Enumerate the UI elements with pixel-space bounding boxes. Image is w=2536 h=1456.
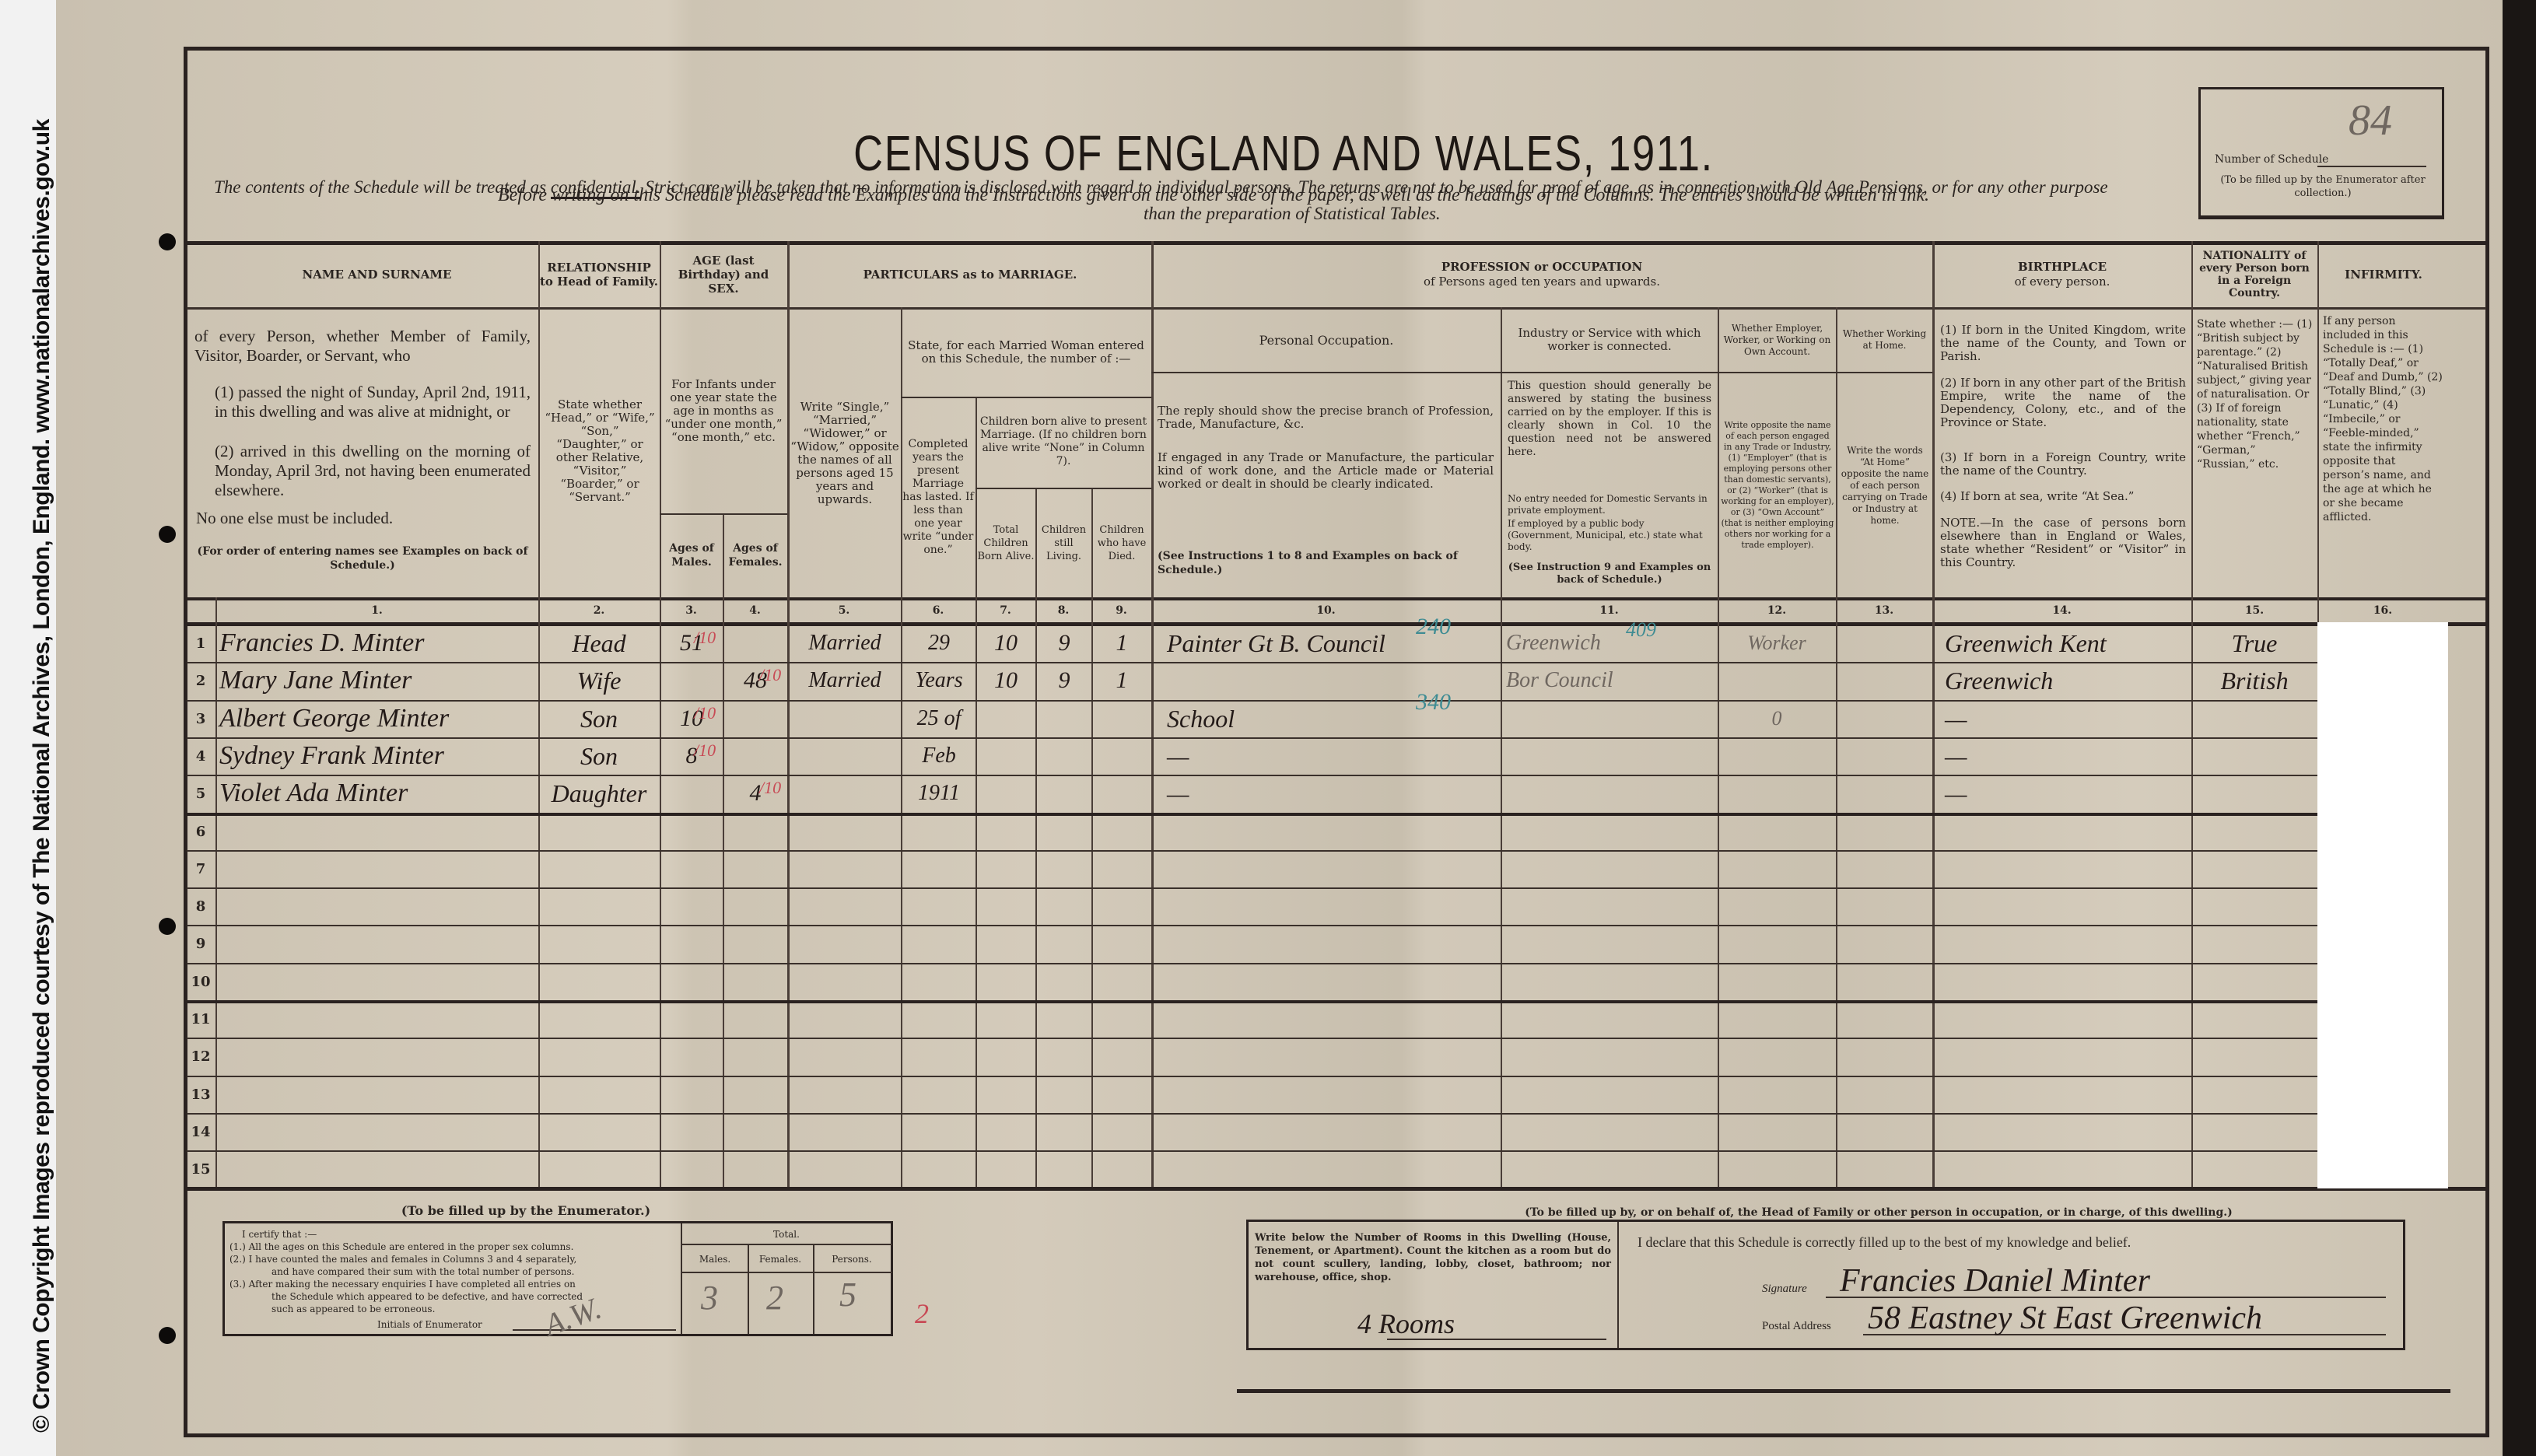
rooms-underline — [1387, 1339, 1606, 1340]
cell-age-f — [724, 963, 786, 1000]
col-marriage-total: Total Children Born Alive. — [977, 490, 1035, 596]
cell-birth — [1945, 1150, 2191, 1188]
form-title: CENSUS OF ENGLAND AND WALES, 1911. — [678, 124, 1890, 182]
cell-name: Mary Jane Minter — [219, 662, 537, 699]
cell-rel — [540, 925, 658, 962]
col-line — [215, 597, 217, 1188]
col-birthplace-desc3: (3) If born in a Foreign Country, write … — [1940, 451, 2186, 478]
cell-occ — [1167, 1076, 1494, 1113]
col-age-females: Ages of Females. — [724, 515, 786, 596]
cell-nat: British — [2193, 662, 2316, 699]
cell-total — [977, 850, 1035, 887]
col-occupation-head: PROFESSION or OCCUPATION — [1153, 260, 1931, 274]
cell-occ — [1167, 887, 1494, 925]
cell-died: 1 — [1093, 662, 1151, 699]
row-number: 4 — [187, 748, 215, 765]
cell-home — [1837, 813, 1931, 850]
cell-total — [977, 963, 1035, 1000]
col-occupation-subhead: of Persons aged ten years and upwards. — [1153, 275, 1931, 289]
cell-years: Years — [902, 662, 976, 699]
cell-rel: Wife — [540, 662, 658, 699]
cell-total — [977, 1000, 1035, 1038]
cell-industry — [1506, 963, 1716, 1000]
cell-home — [1837, 625, 1931, 662]
red-check-mark: 2 — [915, 1297, 929, 1330]
col-personal-desc2: If engaged in any Trade or Manufacture, … — [1158, 451, 1494, 491]
row-number: 3 — [187, 711, 215, 727]
cell-died — [1093, 1076, 1151, 1113]
cell-industry — [1506, 887, 1716, 925]
col-personal-desc3: (See Instructions 1 to 8 and Examples on… — [1158, 549, 1494, 577]
cell-nat — [2193, 700, 2316, 737]
row-number: 5 — [187, 786, 215, 802]
col-industry-desc4: (See Instruction 9 and Examples on back … — [1508, 562, 1711, 586]
cell-total — [977, 925, 1035, 962]
cell-nat — [2193, 925, 2316, 962]
cell-birth: Greenwich Kent — [1945, 625, 2191, 662]
cell-living — [1037, 700, 1091, 737]
cell-died — [1093, 1000, 1151, 1038]
cell-industry — [1506, 1150, 1716, 1188]
cell-name — [219, 850, 537, 887]
cell-cond — [789, 1150, 901, 1188]
persons-label: Persons. — [813, 1253, 891, 1266]
colnum-9: 9. — [1091, 599, 1151, 622]
cell-birth: — — [1945, 700, 2191, 737]
cell-emp — [1719, 850, 1834, 887]
cell-cond — [789, 1076, 901, 1113]
punch-hole-icon — [159, 1327, 176, 1344]
cell-rel — [540, 963, 658, 1000]
colnum-12: 12. — [1718, 599, 1836, 622]
col-employer-desc: Write opposite the name of each person e… — [1721, 375, 1834, 596]
cell-age-m — [661, 775, 722, 812]
cell-age-f — [724, 925, 786, 962]
subheader-rule — [976, 488, 1151, 489]
cell-industry — [1506, 813, 1716, 850]
cell-occ: — — [1167, 737, 1494, 775]
colnum-1: 1. — [215, 599, 538, 622]
cell-home — [1837, 737, 1931, 775]
col-name-desc2: (1) passed the night of Sunday, April 2n… — [194, 383, 531, 422]
cell-years: Feb — [902, 737, 976, 775]
cell-industry — [1506, 700, 1716, 737]
col-name-desc5: (For order of entering names see Example… — [194, 544, 531, 572]
cell-industry — [1506, 925, 1716, 962]
certify-item3b: the Schedule which appeared to be defect… — [271, 1290, 583, 1304]
cell-age-m — [661, 1150, 722, 1188]
cell-industry — [1506, 737, 1716, 775]
cell-died — [1093, 1150, 1151, 1188]
confidential-notice: The contents of the Schedule will be tre… — [214, 177, 2108, 198]
address-label: Postal Address — [1762, 1320, 1831, 1333]
cell-nat — [2193, 1150, 2316, 1188]
cell-birth — [1945, 1076, 2191, 1113]
cell-nat — [2193, 887, 2316, 925]
cell-emp — [1719, 775, 1834, 812]
row-number: 8 — [187, 898, 215, 915]
signature-value: Francies Daniel Minter — [1840, 1262, 2150, 1300]
colnum-8: 8. — [1035, 599, 1091, 622]
cell-home — [1837, 1038, 1931, 1075]
cell-living — [1037, 887, 1091, 925]
row-number: 6 — [187, 824, 215, 840]
cell-living — [1037, 850, 1091, 887]
cell-years — [902, 1038, 976, 1075]
copyright-strip: © Crown Copyright Images reproduced cour… — [0, 0, 56, 1456]
cell-cond: Married — [789, 625, 901, 662]
cell-cond — [789, 700, 901, 737]
cell-rel — [540, 1038, 658, 1075]
head-of-family-heading: (To be filled up by, or on behalf of, th… — [1322, 1206, 2435, 1220]
schedule-number-value: 84 — [2349, 96, 2392, 145]
cell-years — [902, 1076, 976, 1113]
row-number: 7 — [187, 861, 215, 877]
cell-years — [902, 1150, 976, 1188]
occupation-code: 240 — [1416, 614, 1451, 640]
colnum-6: 6. — [901, 599, 976, 622]
persons-total: 5 — [839, 1275, 856, 1314]
cell-birth — [1945, 887, 2191, 925]
cell-rel — [540, 1000, 658, 1038]
cell-industry — [1506, 1000, 1716, 1038]
cell-years — [902, 1113, 976, 1150]
row-number: 10 — [187, 974, 215, 990]
cell-birth: Greenwich — [1945, 662, 2191, 699]
punch-hole-icon — [159, 918, 176, 935]
cell-emp — [1719, 813, 1834, 850]
cell-living — [1037, 963, 1091, 1000]
signature-label: Signature — [1762, 1283, 1807, 1296]
cell-age-f — [724, 1000, 786, 1038]
initials-label: Initials of Enumerator — [377, 1318, 482, 1332]
cell-rel — [540, 813, 658, 850]
col-name-desc1: of every Person, whether Member of Famil… — [194, 327, 531, 366]
cell-occ: — — [1167, 775, 1494, 812]
cell-living — [1037, 737, 1091, 775]
cell-died — [1093, 813, 1151, 850]
cell-age-m — [661, 963, 722, 1000]
row-number: 14 — [187, 1124, 215, 1140]
cell-emp — [1719, 737, 1834, 775]
rooms-value: 4 Rooms — [1357, 1307, 1455, 1340]
cell-died — [1093, 1038, 1151, 1075]
cell-rel — [540, 850, 658, 887]
cell-home — [1837, 662, 1931, 699]
col-marriage-living: Children still Living. — [1037, 490, 1091, 596]
cell-age-f — [724, 1113, 786, 1150]
cell-total — [977, 1113, 1035, 1150]
punch-hole-icon — [159, 526, 176, 543]
col-home-desc: Write the words “At Home” opposite the n… — [1839, 375, 1931, 596]
cell-years — [902, 850, 976, 887]
col-personal-occupation: Personal Occupation. — [1153, 310, 1500, 370]
cell-emp — [1719, 925, 1834, 962]
row-number: 13 — [187, 1087, 215, 1103]
age-male-annotation: /10 — [694, 628, 716, 648]
row-number: 1 — [187, 635, 215, 652]
row-number: 9 — [187, 936, 215, 952]
cell-living — [1037, 1150, 1091, 1188]
enumerator-heading: (To be filled up by the Enumerator.) — [222, 1204, 829, 1218]
age-male-annotation: /10 — [694, 703, 716, 723]
col-name-desc4: No one else must be included. — [196, 509, 531, 528]
schedule-number-note: (To be filled up by the Enumerator after… — [2210, 173, 2436, 200]
colnum-15: 15. — [2191, 599, 2317, 622]
cell-rel: Daughter — [540, 775, 658, 812]
cell-years: 1911 — [902, 775, 976, 812]
cell-emp: 0 — [1719, 700, 1834, 737]
cell-name: Albert George Minter — [219, 700, 537, 737]
cell-name — [219, 813, 537, 850]
colnum-14: 14. — [1932, 599, 2191, 622]
cell-cond — [789, 887, 901, 925]
cell-age-f — [724, 1038, 786, 1075]
cell-rel: Head — [540, 625, 658, 662]
cell-emp — [1719, 1076, 1834, 1113]
col-nationality-head: NATIONALITY of every Person born in a Fo… — [2193, 243, 2316, 306]
cell-nat — [2193, 1000, 2316, 1038]
cell-age-m — [661, 662, 722, 699]
cell-name — [219, 887, 537, 925]
cell-emp — [1719, 1113, 1834, 1150]
cell-died — [1093, 925, 1151, 962]
cell-emp — [1719, 1150, 1834, 1188]
certify-item1: (1.) All the ages on this Schedule are e… — [229, 1241, 573, 1254]
cell-years: 25 of — [902, 700, 976, 737]
cell-occ — [1167, 1038, 1494, 1075]
col-industry-desc3: If employed by a public body (Government… — [1508, 518, 1711, 553]
cell-industry — [1506, 1038, 1716, 1075]
cell-birth — [1945, 925, 2191, 962]
col-birthplace-desc2: (2) If born in any other part of the Bri… — [1940, 376, 2186, 429]
cell-nat — [2193, 813, 2316, 850]
copyright-text: © Crown Copyright Images reproduced cour… — [28, 119, 56, 1433]
cell-rel — [540, 1150, 658, 1188]
punch-hole-icon — [159, 233, 176, 250]
col-industry: Industry or Service with which worker is… — [1502, 310, 1717, 370]
row-number: 15 — [187, 1161, 215, 1178]
cell-occ — [1167, 813, 1494, 850]
cell-birth — [1945, 850, 2191, 887]
cell-total: 10 — [977, 662, 1035, 699]
schedule-number-box: Number of Schedule 84 (To be filled up b… — [2198, 87, 2444, 219]
total-label: Total. — [682, 1228, 891, 1241]
cell-age-f — [724, 850, 786, 887]
cell-died — [1093, 1113, 1151, 1150]
cell-living — [1037, 1113, 1091, 1150]
cell-cond: Married — [789, 662, 901, 699]
cell-birth: — — [1945, 737, 2191, 775]
cell-nat — [2193, 850, 2316, 887]
row-number: 2 — [187, 673, 215, 689]
col-birthplace-desc4: (4) If born at sea, write “At Sea.” — [1940, 490, 2186, 503]
col-birthplace-note: NOTE.—In the case of persons born elsewh… — [1940, 516, 2186, 569]
cell-died: 1 — [1093, 625, 1151, 662]
col-personal-desc1: The reply should show the precise branch… — [1158, 404, 1494, 431]
cell-age-m — [661, 1038, 722, 1075]
cell-living: 9 — [1037, 625, 1091, 662]
cell-died — [1093, 963, 1151, 1000]
cell-industry — [1506, 850, 1716, 887]
colnum-7: 7. — [976, 599, 1035, 622]
cell-home — [1837, 1150, 1931, 1188]
cell-rel — [540, 1113, 658, 1150]
col-name-head: NAME AND SURNAME — [215, 243, 538, 306]
totals-rule — [682, 1272, 892, 1273]
subheader-rule — [1151, 372, 1932, 373]
cell-emp — [1719, 662, 1834, 699]
cell-name: Francies D. Minter — [219, 625, 537, 662]
confidential-rest: Strict care will be taken that no inform… — [641, 177, 2108, 197]
cell-age-f — [724, 813, 786, 850]
cell-living — [1037, 1038, 1091, 1075]
industry-code: 409 — [1626, 618, 1656, 642]
age-male-annotation: /10 — [694, 740, 716, 761]
cell-total: 10 — [977, 625, 1035, 662]
cell-cond — [789, 850, 901, 887]
col-line — [1501, 307, 1502, 1188]
cell-industry — [1506, 1076, 1716, 1113]
cell-died — [1093, 850, 1151, 887]
age-female-annotation: /10 — [759, 778, 781, 798]
cell-age-f — [724, 1076, 786, 1113]
cell-age-f — [724, 1150, 786, 1188]
confidential-prefix: The contents of the Schedule will be tre… — [214, 177, 551, 197]
females-label: Females. — [748, 1253, 813, 1266]
cell-emp: Worker — [1719, 625, 1834, 662]
cell-occ — [1167, 1000, 1494, 1038]
confidential-word: confidential. — [551, 177, 641, 199]
colnum-5: 5. — [787, 599, 901, 622]
cell-birth — [1945, 963, 2191, 1000]
initials-underline — [513, 1329, 676, 1331]
col-rel-head: RELATIONSHIP to Head of Family. — [540, 243, 658, 306]
col-birthplace-subhead: of every person. — [1934, 275, 2191, 289]
confidential-line2: than the preparation of Statistical Tabl… — [1144, 204, 1441, 224]
cell-rel: Son — [540, 737, 658, 775]
cell-total — [977, 700, 1035, 737]
cell-name: Sydney Frank Minter — [219, 737, 537, 775]
col-marriage-children-head: Children born alive to present Marriage.… — [977, 398, 1150, 485]
cell-home — [1837, 887, 1931, 925]
cell-name — [219, 1113, 537, 1150]
cell-cond — [789, 963, 901, 1000]
cell-age-m — [661, 925, 722, 962]
cell-living — [1037, 775, 1091, 812]
cell-age-f — [724, 700, 786, 737]
cell-total — [977, 737, 1035, 775]
cell-nat: True — [2193, 625, 2316, 662]
cell-name — [219, 963, 537, 1000]
age-female-annotation: /10 — [759, 665, 781, 685]
males-label: Males. — [682, 1253, 748, 1266]
cell-home — [1837, 1113, 1931, 1150]
col-infirmity-desc: If any person included in this Schedule … — [2323, 314, 2444, 524]
cell-home — [1837, 963, 1931, 1000]
cell-years — [902, 925, 976, 962]
cell-age-m — [661, 1076, 722, 1113]
col-home: Whether Working at Home. — [1837, 310, 1932, 370]
cell-died — [1093, 775, 1151, 812]
cell-name — [219, 925, 537, 962]
cell-emp — [1719, 1038, 1834, 1075]
cell-cond — [789, 1038, 901, 1075]
scan-edge — [2503, 0, 2536, 1456]
cell-industry — [1506, 775, 1716, 812]
cell-years — [902, 813, 976, 850]
schedule-number-underline — [2317, 166, 2426, 167]
cell-birth — [1945, 813, 2191, 850]
occupation-code: 340 — [1416, 689, 1451, 716]
cell-home — [1837, 700, 1931, 737]
cell-home — [1837, 1076, 1931, 1113]
head-of-family-box: Write below the Number of Rooms in this … — [1246, 1220, 2405, 1350]
cell-total — [977, 775, 1035, 812]
cell-emp — [1719, 963, 1834, 1000]
cell-age-f — [724, 737, 786, 775]
cell-home — [1837, 1000, 1931, 1038]
cell-living — [1037, 1076, 1091, 1113]
cell-rel — [540, 887, 658, 925]
cell-age-f — [724, 625, 786, 662]
colnum-16: 16. — [2317, 599, 2448, 622]
cell-rel — [540, 1076, 658, 1113]
row-number: 12 — [187, 1048, 215, 1065]
colnum-4: 4. — [723, 599, 787, 622]
cell-nat — [2193, 1076, 2316, 1113]
col-marriage-years: Completed years the present Marriage has… — [902, 398, 974, 596]
colnum-3: 3. — [660, 599, 723, 622]
cell-nat — [2193, 1038, 2316, 1075]
cell-years — [902, 1000, 976, 1038]
col-marriage-died: Children who have Died. — [1093, 490, 1151, 596]
cell-nat — [2193, 737, 2316, 775]
redacted-infirmity-column — [2317, 622, 2448, 1188]
cell-occ — [1167, 925, 1494, 962]
col-birthplace-head: BIRTHPLACE — [1934, 260, 2191, 274]
col-nationality-desc: State whether :— (1) “British subject by… — [2197, 317, 2314, 471]
col-rel-desc: State whether “Head,” or “Wife,” “Son,” … — [545, 311, 655, 591]
col-industry-desc2: No entry needed for Domestic Servants in… — [1508, 493, 1711, 516]
col-infirmity-head: INFIRMITY. — [2319, 243, 2448, 306]
cell-cond — [789, 925, 901, 962]
cell-emp — [1719, 887, 1834, 925]
cell-cond — [789, 775, 901, 812]
rooms-instruction: Write below the Number of Rooms in this … — [1255, 1231, 1611, 1284]
cell-total — [977, 813, 1035, 850]
colnum-13: 13. — [1836, 599, 1932, 622]
cell-living — [1037, 925, 1091, 962]
certify-item3a: (3.) After making the necessary enquirie… — [229, 1278, 576, 1291]
certify-item2a: (2.) I have counted the males and female… — [229, 1253, 576, 1266]
cell-birth — [1945, 1038, 2191, 1075]
address-value: 58 Eastney St East Greenwich — [1868, 1300, 2262, 1337]
cell-industry: Greenwich — [1506, 625, 1716, 662]
cell-cond — [789, 1113, 901, 1150]
col-marriage-head: PARTICULARS as to MARRIAGE. — [789, 243, 1151, 306]
cell-age-m — [661, 1000, 722, 1038]
cell-industry: Bor Council — [1506, 662, 1716, 699]
cell-age-f — [724, 887, 786, 925]
cell-occ — [1167, 1150, 1494, 1188]
col-age-desc: For Infants under one year state the age… — [663, 311, 784, 510]
col-age-head: AGE (last Birthday) and SEX. — [661, 243, 786, 306]
cell-emp — [1719, 1000, 1834, 1038]
cell-occ — [1167, 850, 1494, 887]
females-total: 2 — [766, 1278, 783, 1318]
cell-occ — [1167, 1113, 1494, 1150]
